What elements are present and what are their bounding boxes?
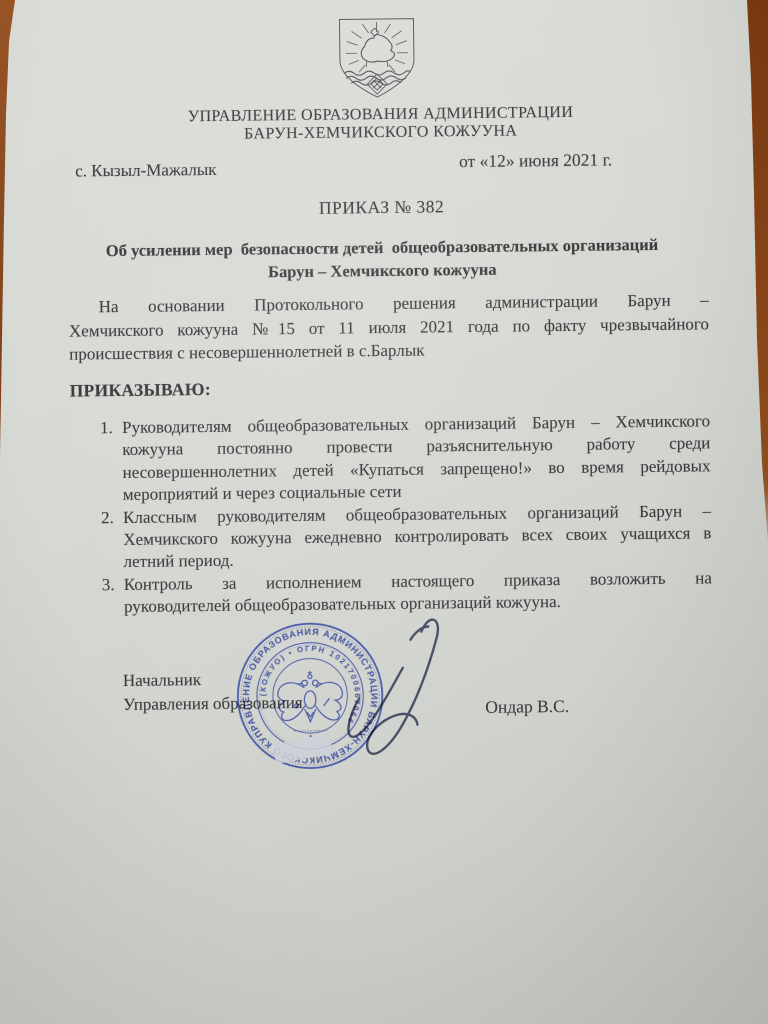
list-item: 2. Классным руководителям общеобразовате… — [101, 500, 712, 574]
signer-name: Ондар В.С. — [485, 696, 569, 718]
list-item: 1. Руководителям общеобразовательных орг… — [100, 410, 711, 507]
order-number-heading: ПРИКАЗ № 382 — [0, 193, 766, 223]
decree-word: ПРИКАЗЫВАЮ: — [70, 379, 212, 402]
preamble-paragraph: На основании Протокольного решения админ… — [69, 288, 710, 366]
item-number: 1. — [100, 417, 122, 440]
handwritten-signature-icon — [324, 607, 456, 783]
item-number: 3. — [102, 574, 124, 597]
issue-place: с. Кызыл-Мажалык — [75, 160, 217, 182]
order-items-list: 1. Руководителям общеобразовательных орг… — [100, 410, 712, 619]
document-photo: УПРАВЛЕНИЕ ОБРАЗОВАНИЯ АДМИНИСТРАЦИИ БАР… — [0, 0, 768, 1024]
item-number: 2. — [101, 507, 123, 530]
issue-date: от «12» июня 2021 г. — [459, 149, 612, 172]
signer-position-line1: Начальник — [123, 670, 201, 691]
document-page: УПРАВЛЕНИЕ ОБРАЗОВАНИЯ АДМИНИСТРАЦИИ БАР… — [0, 0, 768, 1024]
coat-of-arms-icon — [328, 16, 425, 107]
